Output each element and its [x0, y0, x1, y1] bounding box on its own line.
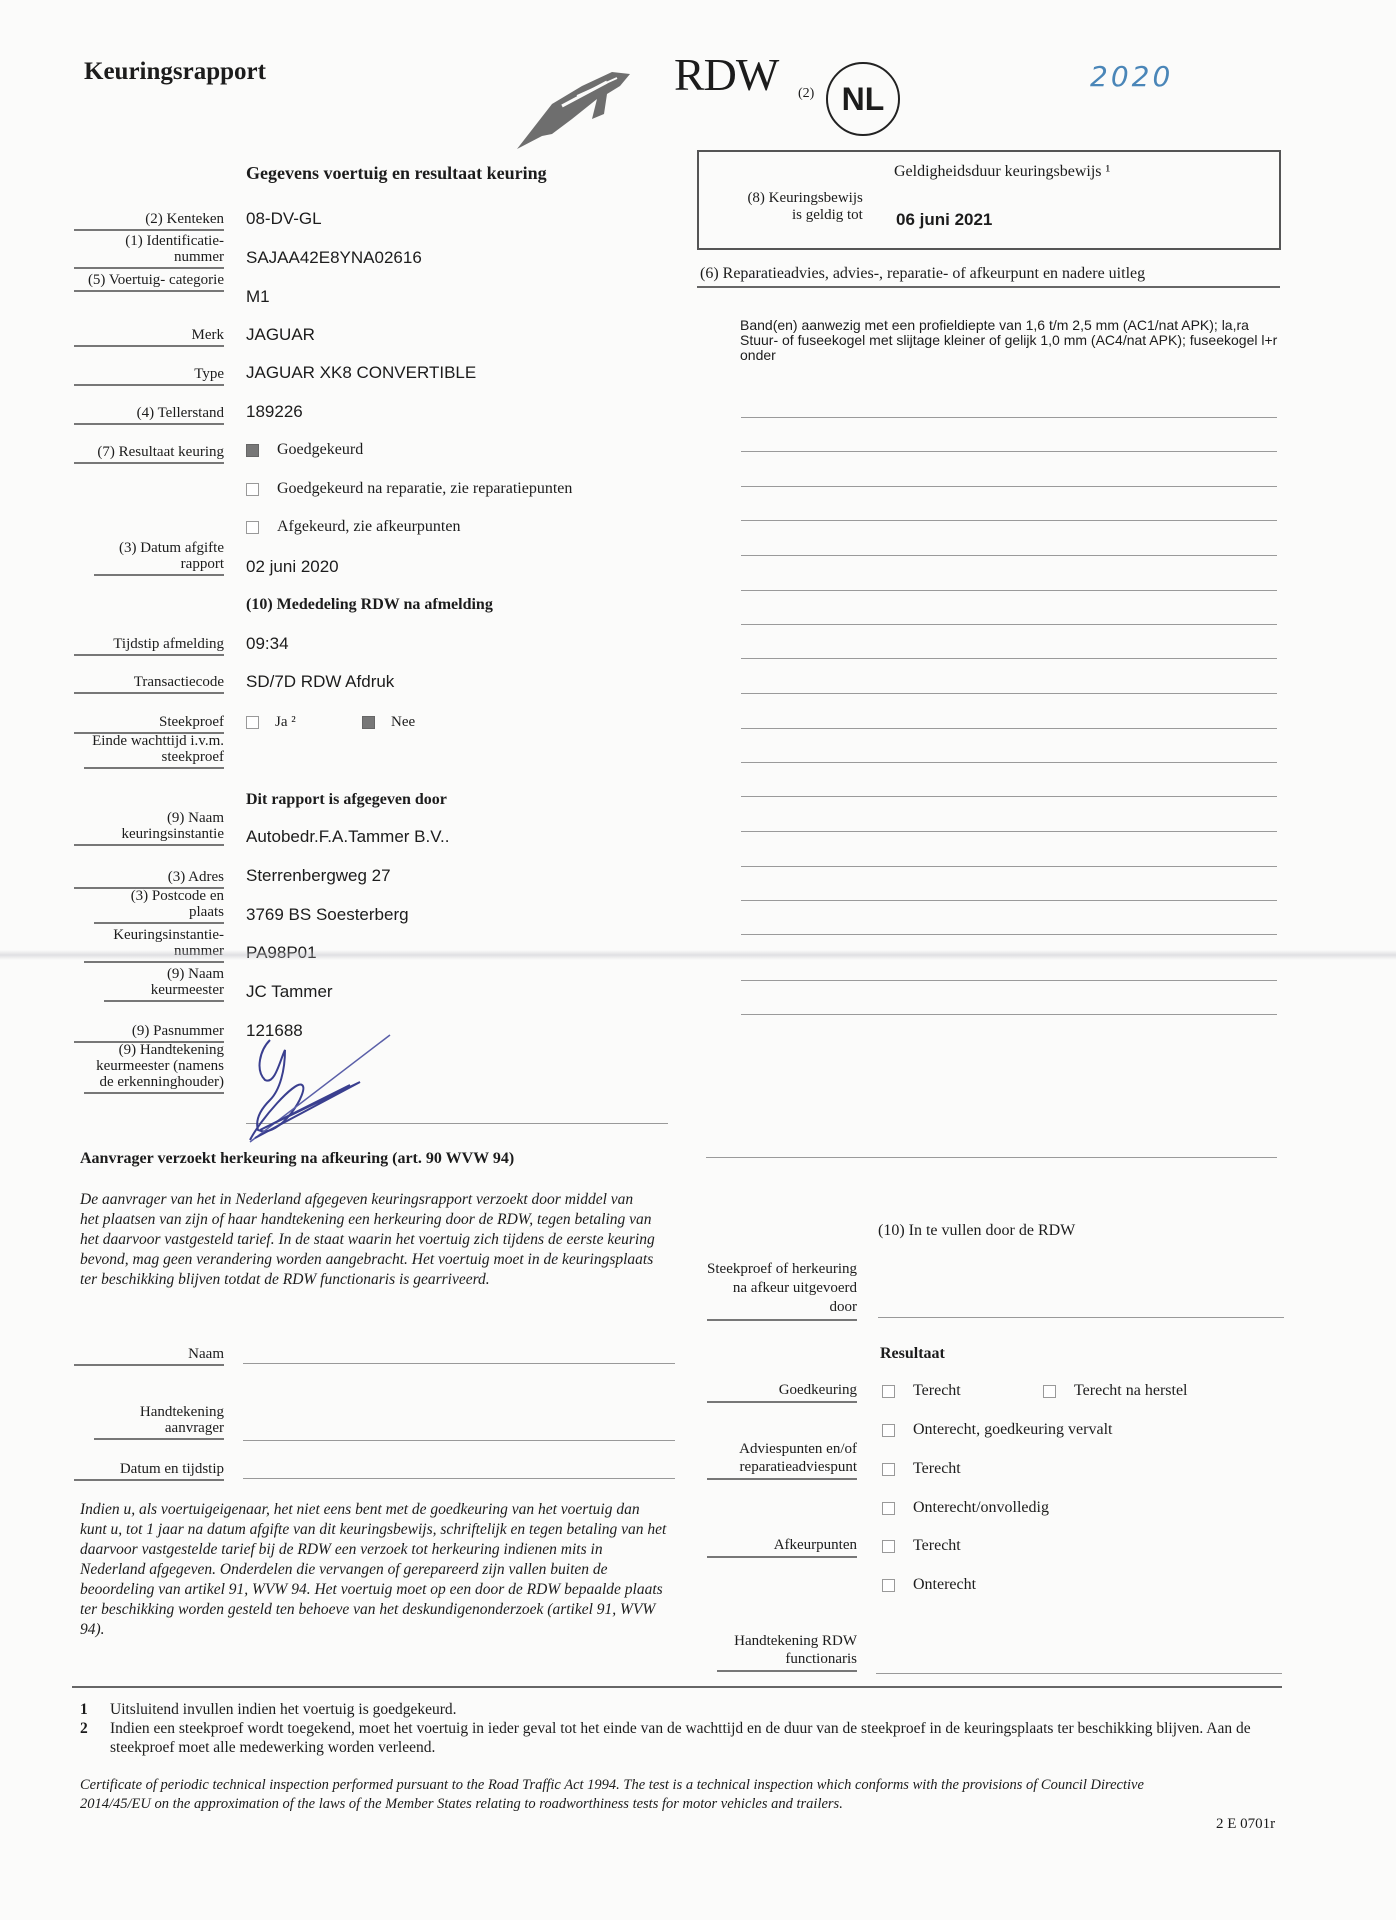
country-badge: NL: [826, 62, 900, 136]
result-option-goedgekeurd-na-reparatie[interactable]: Goedgekeurd na reparatie, zie reparatiep…: [246, 480, 572, 498]
value-adres: Sterrenbergweg 27: [246, 866, 391, 886]
ruled-line: [741, 555, 1277, 556]
handwritten-year: 2020: [1090, 60, 1173, 93]
checkbox-checked[interactable]: [246, 444, 259, 457]
rdw-wing-logo-icon: [512, 64, 632, 159]
validity-value: 06 juni 2021: [896, 210, 992, 230]
label-transactiecode: Transactiecode: [74, 674, 224, 694]
value-datum-afgifte: 02 juni 2020: [246, 557, 339, 577]
label-naam-keuringsinstantie: (9) Naam keuringsinstantie: [74, 810, 224, 846]
label-naam-keurmeester: (9) Naam keurmeester: [104, 966, 224, 1002]
footnotes: 1 Uitsluitend invullen indien het voertu…: [80, 1700, 1260, 1757]
ruled-line: [741, 866, 1277, 867]
signature-keurmeester: [240, 1030, 400, 1155]
label-kenteken: (2) Kenteken: [74, 211, 224, 231]
checkbox-unchecked[interactable]: [246, 716, 259, 729]
issuer-heading: Dit rapport is afgegeven door: [246, 791, 447, 809]
ruled-line: [741, 693, 1277, 694]
label-adviespunten: Adviespunten en/of reparatieadviespunt: [707, 1440, 857, 1480]
label-adres: (3) Adres: [74, 869, 224, 889]
ruled-line: [741, 1014, 1277, 1015]
ruled-line: [741, 520, 1277, 521]
result-option-goedgekeurd[interactable]: Goedgekeurd: [246, 441, 363, 459]
checkbox-unchecked[interactable]: [882, 1385, 895, 1398]
label-voertuigcategorie: (5) Voertuig- categorie: [74, 272, 224, 292]
adviespunten-terecht[interactable]: Terecht: [882, 1460, 961, 1478]
ruled-line: [741, 728, 1277, 729]
value-naam-keurmeester: JC Tammer: [246, 982, 333, 1002]
ruled-line: [741, 934, 1277, 935]
document-title: Keuringsrapport: [84, 58, 266, 86]
value-tijdstip-afmelding: 09:34: [246, 634, 289, 654]
goedkeuring-onterecht[interactable]: Onterecht, goedkeuring vervalt: [882, 1421, 1112, 1439]
label-merk: Merk: [74, 327, 224, 347]
ruled-line: [741, 796, 1277, 797]
label-datum-tijdstip: Datum en tijdstip: [74, 1461, 224, 1481]
ruled-line: [741, 624, 1277, 625]
checkbox-unchecked[interactable]: [882, 1463, 895, 1476]
checkbox-unchecked[interactable]: [882, 1502, 895, 1515]
ruled-line: [741, 762, 1277, 763]
label-datum-afgifte: (3) Datum afgifte rapport: [94, 540, 224, 576]
validity-label: (8) Keuringsbewijs is geldig tot: [742, 190, 863, 224]
goedkeuring-terecht-na-herstel[interactable]: Terecht na herstel: [1043, 1382, 1187, 1400]
label-handtekening-keurmeester: (9) Handtekening keurmeester (namens de …: [84, 1042, 224, 1094]
reinspection-heading: Aanvrager verzoekt herkeuring na afkeuri…: [80, 1150, 514, 1168]
checkbox-unchecked[interactable]: [246, 483, 259, 496]
ruled-line: [741, 486, 1277, 487]
value-naam-keuringsinstantie: Autobedr.F.A.Tammer B.V..: [246, 827, 449, 847]
label-handtekening-aanvrager: Handtekening aanvrager: [94, 1404, 224, 1440]
label-postcode-plaats: (3) Postcode en plaats: [94, 888, 224, 924]
afkeurpunten-onterecht[interactable]: Onterecht: [882, 1576, 976, 1594]
label-handtekening-rdw: Handtekening RDW functionaris: [717, 1632, 857, 1672]
label-goedkeuring: Goedkeuring: [707, 1382, 857, 1403]
footnote-1: 1 Uitsluitend invullen indien het voertu…: [80, 1700, 1260, 1719]
checkbox-unchecked[interactable]: [882, 1424, 895, 1437]
paper-fold: [0, 950, 1396, 960]
label-type: Type: [74, 366, 224, 386]
label-uitgevoerd-door: Steekproef of herkeuring na afkeur uitge…: [707, 1260, 857, 1321]
rdw-brand: RDW: [674, 48, 778, 101]
label-einde-wachttijd: Einde wachttijd i.v.m. steekproef: [84, 733, 224, 769]
advice-line-2: Stuur- of fuseekogel met slijtage kleine…: [740, 333, 1280, 363]
label-steekproef: Steekproef: [74, 714, 224, 734]
handtekening-rdw-field[interactable]: [876, 1673, 1282, 1674]
label-tijdstip-afmelding: Tijdstip afmelding: [74, 636, 224, 656]
vehicle-section-heading: Gegevens voertuig en resultaat keuring: [246, 163, 547, 184]
ruled-line: [741, 980, 1277, 981]
datum-tijdstip-field[interactable]: [243, 1478, 675, 1479]
value-postcode-plaats: 3769 BS Soesterberg: [246, 905, 409, 925]
adviespunten-onterecht[interactable]: Onterecht/onvolledig: [882, 1499, 1049, 1517]
ruled-line: [741, 831, 1277, 832]
label-identificatienummer: (1) Identificatie- nummer: [74, 233, 224, 269]
ruled-line: [741, 590, 1277, 591]
ruled-line: [741, 451, 1277, 452]
rdw-notice-heading: (10) Mededeling RDW na afmelding: [246, 596, 493, 614]
value-voertuigcategorie: M1: [246, 287, 270, 307]
handtekening-aanvrager-field[interactable]: [243, 1440, 675, 1441]
goedkeuring-terecht[interactable]: Terecht: [882, 1382, 961, 1400]
checkbox-unchecked[interactable]: [882, 1540, 895, 1553]
value-transactiecode: SD/7D RDW Afdruk: [246, 672, 394, 692]
uitgevoerd-door-field[interactable]: [878, 1317, 1284, 1318]
ruled-line: [741, 417, 1277, 418]
advice-heading: (6) Reparatieadvies, advies-, reparatie-…: [700, 265, 1145, 283]
result-option-afgekeurd[interactable]: Afgekeurd, zie afkeurpunten: [246, 518, 460, 536]
label-tellerstand: (4) Tellerstand: [74, 405, 224, 425]
steekproef-option-nee[interactable]: Nee: [362, 713, 415, 731]
form-code: 2 E 0701r: [1216, 1816, 1275, 1833]
rdw-fill-heading: (10) In te vullen door de RDW: [878, 1222, 1075, 1240]
value-merk: JAGUAR: [246, 325, 315, 345]
checkbox-unchecked[interactable]: [882, 1579, 895, 1592]
value-type: JAGUAR XK8 CONVERTIBLE: [246, 363, 476, 383]
country-ref: (2): [798, 86, 814, 102]
label-pasnummer: (9) Pasnummer: [74, 1023, 224, 1043]
label-naam-aanvrager: Naam: [74, 1346, 224, 1366]
afkeurpunten-terecht[interactable]: Terecht: [882, 1537, 961, 1555]
advice-heading-rule: [697, 286, 1280, 288]
reinspection-paragraph: De aanvrager van het in Nederland afgege…: [80, 1190, 655, 1290]
checkbox-unchecked[interactable]: [246, 521, 259, 534]
ruled-line: [741, 900, 1277, 901]
validity-title: Geldigheidsduur keuringsbewijs ¹: [894, 163, 1110, 181]
label-resultaat-keuring: (7) Resultaat keuring: [74, 444, 224, 464]
steekproef-option-ja[interactable]: Ja ²: [246, 713, 296, 731]
ruled-line: [741, 658, 1277, 659]
footnote-2: 2 Indien een steekproef wordt toegekend,…: [80, 1719, 1260, 1757]
value-identificatienummer: SAJAA42E8YNA02616: [246, 248, 422, 268]
label-afkeurpunten: Afkeurpunten: [707, 1537, 857, 1558]
advice-line-1: Band(en) aanwezig met een profieldiepte …: [740, 318, 1280, 333]
advice-text: Band(en) aanwezig met een profieldiepte …: [740, 318, 1280, 363]
ruled-line: [706, 1157, 1277, 1158]
owner-paragraph: Indien u, als voertuigeigenaar, het niet…: [80, 1500, 670, 1640]
rdw-result-heading: Resultaat: [880, 1345, 945, 1363]
certificate-note: Certificate of periodic technical inspec…: [80, 1776, 1210, 1814]
footer-rule: [72, 1686, 1282, 1688]
checkbox-checked[interactable]: [362, 716, 375, 729]
naam-aanvrager-field[interactable]: [243, 1363, 675, 1364]
value-kenteken: 08-DV-GL: [246, 209, 322, 229]
value-tellerstand: 189226: [246, 402, 303, 422]
checkbox-unchecked[interactable]: [1043, 1385, 1056, 1398]
